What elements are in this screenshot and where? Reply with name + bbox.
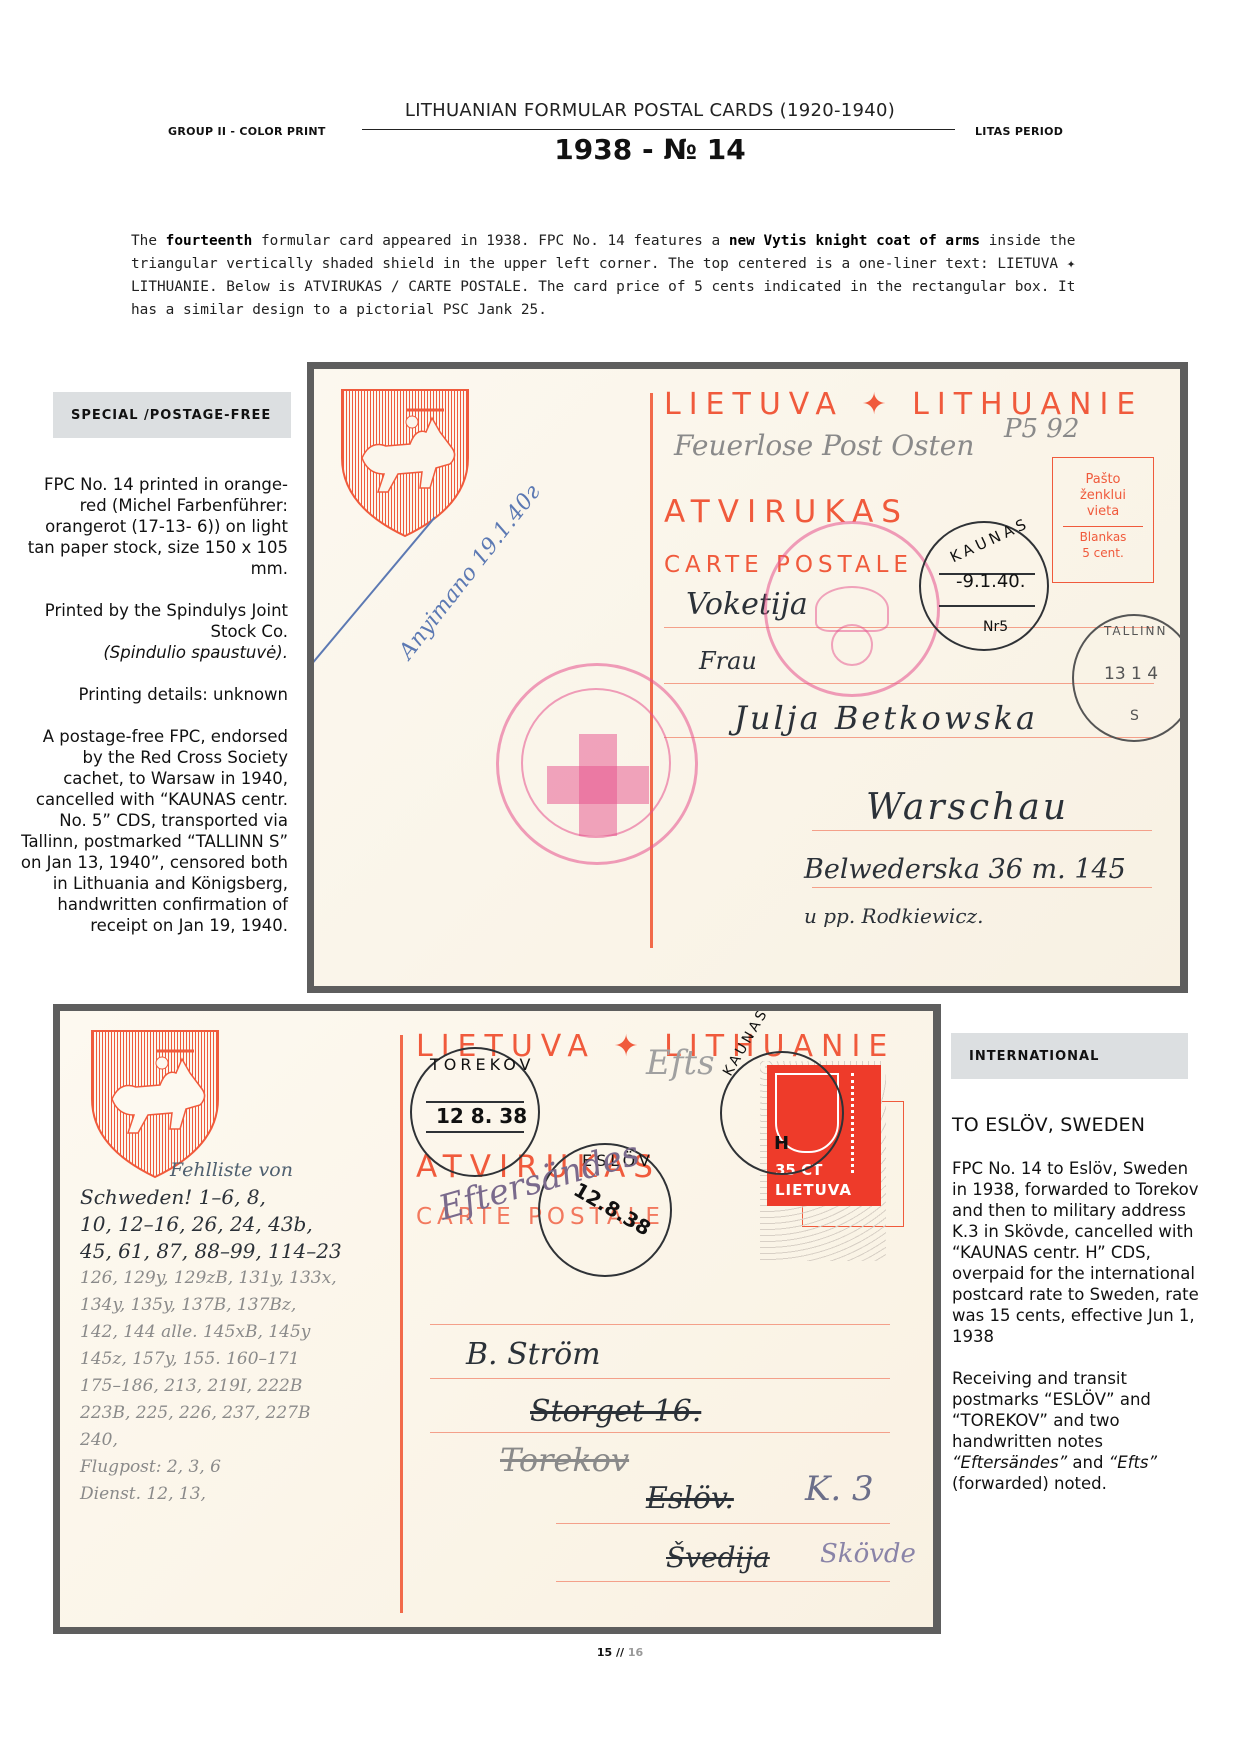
desc-usage: A postage-free FPC, endorsed by the Red … (20, 726, 288, 936)
pencil-note: Feuerlose Post Osten (674, 429, 974, 462)
destination-heading: TO ESLÖV, SWEDEN (952, 1115, 1202, 1136)
address-care-of: u pp. Rodkiewicz. (804, 904, 983, 928)
header-divider (362, 129, 955, 130)
address-line (664, 737, 1154, 738)
period-label: LITAS PERIOD (975, 125, 1063, 138)
address-city: Eslöv. (646, 1481, 734, 1516)
desc-route: FPC No. 14 to Eslöv, Sweden in 1938, for… (952, 1158, 1202, 1347)
address-k3: K. 3 (805, 1469, 874, 1509)
section-tag-special: SPECIAL /POSTAGE-FREE (53, 392, 291, 438)
address-skovde: Skövde (820, 1539, 916, 1569)
postcard-1-surface: LIETUVA ✦ LITHUANIE ATVIRUKAS CARTE POST… (314, 369, 1180, 986)
stamp-place-box: Pašto ženklui vieta Blankas 5 cent. (1052, 457, 1154, 583)
note-efts: Efts (646, 1043, 715, 1083)
address-line (812, 887, 1152, 888)
censor-cachet (764, 521, 940, 697)
postmark-kaunas: -9.1.40. Nr5 KAUNAS (919, 521, 1049, 651)
intro-paragraph: The fourteenth formular card appeared in… (131, 230, 1091, 322)
pencil-code: P5 92 (1004, 414, 1079, 444)
page-subtitle: 1938 - № 14 (340, 133, 960, 166)
page-title: LITHUANIAN FORMULAR POSTAL CARDS (1920-1… (340, 100, 960, 121)
address-street: Storget 16. (530, 1394, 701, 1429)
address-country: Švedija (666, 1541, 770, 1574)
postcard-2: LIETUVA ✦ LITHUANIE ATVIRUKAS CARTE POST… (53, 1004, 941, 1634)
vytis-shield-icon (340, 388, 472, 538)
address-city: Warschau (866, 787, 1069, 828)
postmark-torekov: TOREKOV 12 8. 38 (410, 1047, 540, 1177)
divider-line (650, 393, 653, 948)
address-line (430, 1324, 890, 1325)
double-cross-icon (851, 1073, 872, 1173)
postcard-1: LIETUVA ✦ LITHUANIE ATVIRUKAS CARTE POST… (307, 362, 1188, 993)
postmark-tallinn: TALLINN 13 1 4 S (1072, 614, 1180, 742)
address-name: Julja Betkowska (734, 699, 1038, 737)
desc-printer: Printed by the Spindulys Joint Stock Co.… (20, 600, 288, 663)
desc-postmarks: Receiving and transit postmarks “ESLÖV” … (952, 1368, 1202, 1494)
section-tag-international: INTERNATIONAL (951, 1033, 1188, 1079)
address-line (430, 1432, 890, 1433)
red-cross-cachet (496, 663, 698, 865)
card2-description: TO ESLÖV, SWEDEN FPC No. 14 to Eslöv, Sw… (952, 1115, 1202, 1515)
address-name: B. Ström (466, 1337, 601, 1372)
group-label: GROUP II - COLOR PRINT (168, 125, 326, 138)
address-line (556, 1523, 890, 1524)
card1-description: FPC No. 14 printed in orange-red (Michel… (20, 474, 288, 957)
address-line (430, 1378, 890, 1379)
address-title: Frau (699, 647, 757, 675)
postmark-kaunas: KAUNAS H (720, 1051, 844, 1175)
address-torekov: Torekov (500, 1441, 629, 1479)
page-number: 15 // 16 (0, 1646, 1240, 1659)
desc-paper: FPC No. 14 printed in orange-red (Michel… (20, 474, 288, 579)
address-street: Belwederska 36 m. 145 (804, 854, 1126, 885)
postcard-2-surface: LIETUVA ✦ LITHUANIE ATVIRUKAS CARTE POST… (60, 1011, 933, 1627)
desc-printing: Printing details: unknown (20, 684, 288, 705)
handwritten-list: Fehlliste von Schweden! 1–6, 8, 10, 12–1… (80, 1157, 400, 1508)
address-line (812, 830, 1152, 831)
divider-line (400, 1035, 403, 1613)
address-line (556, 1581, 890, 1582)
